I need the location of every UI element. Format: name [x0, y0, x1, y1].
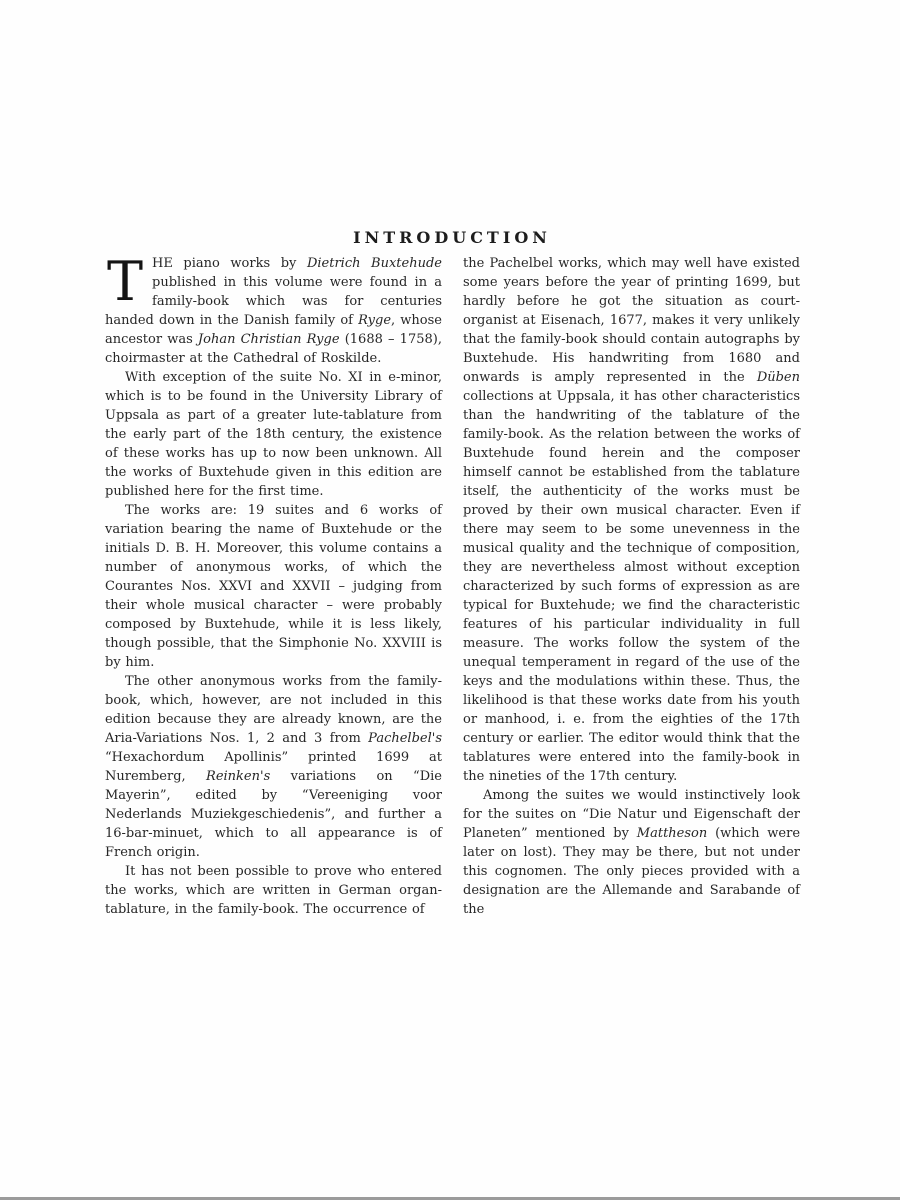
text-run: the Pachelbel works, which may well have…: [463, 256, 800, 385]
text-run: With exception of the suite No. XI in e-…: [105, 370, 442, 499]
paragraph: Among the suites we would instinctively …: [463, 786, 800, 919]
text-run: Reinken's: [206, 769, 270, 784]
scanned-book-page: INTRODUCTION THE piano works by Dietrich…: [0, 0, 900, 1200]
text-run: The works are: 19 suites and 6 works of …: [105, 503, 442, 670]
drop-cap: T: [105, 254, 152, 307]
text-run: Dietrich Buxtehude: [307, 256, 442, 271]
left-column: THE piano works by Dietrich Buxtehude pu…: [105, 254, 442, 919]
text-run: HE piano works by: [152, 256, 307, 271]
text-run: Mattheson: [637, 826, 707, 841]
paragraph-continuation: the Pachelbel works, which may well have…: [463, 254, 800, 786]
right-column: the Pachelbel works, which may well have…: [463, 254, 800, 919]
paragraph: The works are: 19 suites and 6 works of …: [105, 501, 442, 672]
paragraph-intro: THE piano works by Dietrich Buxtehude pu…: [105, 254, 442, 368]
paragraph: The other anonymous works from the famil…: [105, 672, 442, 862]
text-columns: THE piano works by Dietrich Buxtehude pu…: [105, 254, 801, 919]
paragraph: It has not been possible to prove who en…: [105, 862, 442, 919]
page-title: INTRODUCTION: [0, 228, 900, 247]
text-run: Ryge: [358, 313, 391, 328]
text-run: Pachelbel's: [368, 731, 442, 746]
text-run: It has not been possible to prove who en…: [105, 864, 442, 917]
text-run: collections at Uppsala, it has other cha…: [463, 389, 800, 784]
paragraph: With exception of the suite No. XI in e-…: [105, 368, 442, 501]
text-run: Düben: [757, 370, 800, 385]
text-run: Johan Christian Ryge: [198, 332, 340, 347]
